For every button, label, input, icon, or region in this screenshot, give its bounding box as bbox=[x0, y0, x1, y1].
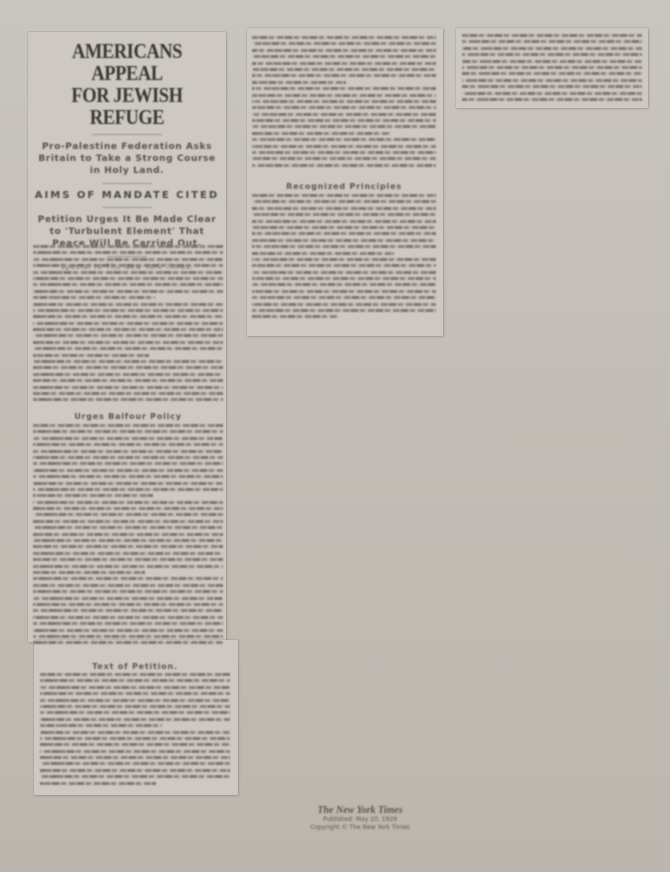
text-line bbox=[33, 290, 223, 293]
text-line bbox=[40, 775, 230, 778]
divider bbox=[92, 134, 162, 135]
text-line bbox=[40, 679, 230, 682]
text-line bbox=[33, 373, 223, 376]
text-line bbox=[462, 34, 642, 37]
text-line bbox=[252, 81, 346, 84]
text-line bbox=[252, 220, 436, 223]
text-line bbox=[33, 366, 223, 369]
text-line bbox=[252, 157, 436, 160]
text-line bbox=[33, 462, 223, 465]
subhead-3: Recognized Principles bbox=[252, 182, 436, 191]
article-body-3 bbox=[40, 673, 230, 788]
text-line bbox=[40, 711, 230, 714]
text-line bbox=[33, 533, 223, 536]
text-line bbox=[33, 443, 223, 446]
deck-1: Pro-Palestine Federation Asks Britain to… bbox=[30, 141, 224, 177]
text-line bbox=[33, 501, 223, 504]
text-line bbox=[33, 258, 223, 261]
text-line bbox=[33, 392, 223, 395]
text-line bbox=[252, 68, 436, 71]
text-line bbox=[252, 239, 436, 242]
article-body-2 bbox=[33, 424, 223, 648]
text-line bbox=[40, 750, 230, 753]
text-line bbox=[33, 303, 223, 306]
copyright-footer: The New York Times Published: May 20, 19… bbox=[285, 805, 435, 832]
text-line bbox=[33, 494, 153, 497]
text-line bbox=[33, 341, 223, 344]
text-line bbox=[40, 705, 230, 708]
text-line bbox=[33, 430, 223, 433]
text-line bbox=[33, 309, 223, 312]
text-line bbox=[252, 113, 436, 116]
text-line bbox=[252, 258, 436, 261]
subhead-1: Urges Balfour Policy bbox=[33, 412, 223, 421]
text-line bbox=[33, 520, 223, 523]
text-line bbox=[33, 251, 223, 254]
article-body-6 bbox=[462, 34, 642, 104]
text-line bbox=[40, 756, 230, 759]
text-line bbox=[462, 47, 642, 50]
text-line bbox=[252, 309, 436, 312]
text-line bbox=[252, 119, 436, 122]
text-line bbox=[33, 565, 223, 568]
text-line bbox=[252, 87, 436, 90]
text-line bbox=[462, 85, 642, 88]
text-line bbox=[252, 74, 436, 77]
text-line bbox=[33, 507, 223, 510]
subhead-2: Text of Petition. bbox=[40, 662, 230, 671]
text-line bbox=[252, 213, 436, 216]
text-line bbox=[33, 296, 155, 299]
copyright-notice: Copyright © The New York Times bbox=[285, 824, 435, 832]
text-line bbox=[462, 66, 642, 69]
text-line bbox=[40, 686, 230, 689]
text-line bbox=[252, 296, 436, 299]
text-line bbox=[33, 488, 223, 491]
text-line bbox=[40, 782, 156, 785]
text-line bbox=[40, 769, 230, 772]
text-line bbox=[252, 94, 436, 97]
text-line bbox=[33, 456, 223, 459]
text-line bbox=[252, 145, 436, 148]
text-line bbox=[252, 164, 436, 167]
masthead: The New York Times bbox=[285, 805, 435, 816]
text-line bbox=[33, 334, 223, 337]
text-line bbox=[33, 577, 223, 580]
text-line bbox=[252, 277, 436, 280]
deck-2: AIMS OF MANDATE CITED bbox=[30, 190, 224, 201]
divider bbox=[102, 183, 152, 184]
text-line bbox=[33, 450, 223, 453]
text-line bbox=[252, 151, 436, 154]
text-line bbox=[33, 328, 223, 331]
text-line bbox=[33, 609, 223, 612]
text-line bbox=[252, 106, 436, 109]
article-header: AMERICANS APPEAL FOR JEWISH REFUGE Pro-P… bbox=[30, 40, 224, 271]
text-line bbox=[462, 79, 642, 82]
text-line bbox=[252, 283, 436, 286]
text-line bbox=[40, 743, 230, 746]
text-line bbox=[33, 641, 223, 644]
text-line bbox=[33, 469, 223, 472]
text-line bbox=[252, 49, 436, 52]
text-line bbox=[33, 545, 223, 548]
text-line bbox=[33, 475, 223, 478]
text-line bbox=[33, 552, 223, 555]
text-line bbox=[33, 354, 149, 357]
text-line bbox=[252, 36, 436, 39]
text-line bbox=[40, 724, 162, 727]
text-line bbox=[252, 315, 338, 318]
text-line bbox=[252, 226, 436, 229]
text-line bbox=[40, 731, 230, 734]
text-line bbox=[33, 526, 223, 529]
text-line bbox=[33, 629, 223, 632]
published-date: Published: May 20, 1929 bbox=[285, 816, 435, 824]
text-line bbox=[33, 437, 223, 440]
text-line bbox=[33, 264, 223, 267]
text-line bbox=[40, 737, 230, 740]
text-line bbox=[462, 72, 642, 75]
text-line bbox=[40, 762, 230, 765]
text-line bbox=[33, 539, 223, 542]
text-line bbox=[33, 603, 223, 606]
text-line bbox=[33, 616, 223, 619]
text-line bbox=[33, 590, 223, 593]
text-line bbox=[462, 92, 642, 95]
text-line bbox=[252, 55, 436, 58]
text-line bbox=[33, 558, 223, 561]
text-line bbox=[40, 692, 230, 695]
text-line bbox=[252, 194, 436, 197]
text-line bbox=[252, 138, 436, 141]
text-line bbox=[33, 277, 223, 280]
text-line bbox=[33, 635, 223, 638]
text-line bbox=[33, 245, 223, 248]
text-line bbox=[252, 125, 436, 128]
text-line bbox=[33, 571, 145, 574]
text-line bbox=[33, 283, 223, 286]
text-line bbox=[252, 303, 436, 306]
text-line bbox=[252, 42, 436, 45]
text-line bbox=[33, 597, 223, 600]
text-line bbox=[33, 386, 223, 389]
text-line bbox=[33, 360, 223, 363]
article-body-5 bbox=[252, 194, 436, 322]
article-body-4 bbox=[252, 36, 436, 170]
text-line bbox=[33, 271, 223, 274]
text-line bbox=[40, 673, 230, 676]
headline-line-1: AMERICANS APPEAL bbox=[42, 40, 213, 84]
text-line bbox=[252, 207, 436, 210]
text-line bbox=[33, 379, 223, 382]
text-line bbox=[33, 322, 223, 325]
text-line bbox=[33, 482, 223, 485]
text-line bbox=[40, 718, 230, 721]
divider bbox=[102, 207, 152, 208]
text-line bbox=[252, 252, 394, 255]
text-line bbox=[252, 245, 436, 248]
text-line bbox=[252, 100, 436, 103]
text-line bbox=[252, 264, 436, 267]
text-line bbox=[33, 315, 223, 318]
text-line bbox=[462, 40, 642, 43]
text-line bbox=[462, 98, 642, 101]
text-line bbox=[252, 232, 436, 235]
article-body-1 bbox=[33, 245, 223, 405]
text-line bbox=[252, 271, 436, 274]
text-line bbox=[252, 200, 436, 203]
text-line bbox=[40, 699, 230, 702]
text-line bbox=[33, 398, 223, 401]
text-line bbox=[33, 424, 223, 427]
text-line bbox=[33, 622, 223, 625]
text-line bbox=[462, 60, 642, 63]
text-line bbox=[252, 132, 390, 135]
text-line bbox=[33, 513, 223, 516]
text-line bbox=[33, 584, 223, 587]
text-line bbox=[252, 62, 436, 65]
text-line bbox=[252, 290, 436, 293]
headline-line-2: FOR JEWISH REFUGE bbox=[42, 84, 213, 128]
text-line bbox=[462, 53, 642, 56]
text-line bbox=[33, 347, 223, 350]
